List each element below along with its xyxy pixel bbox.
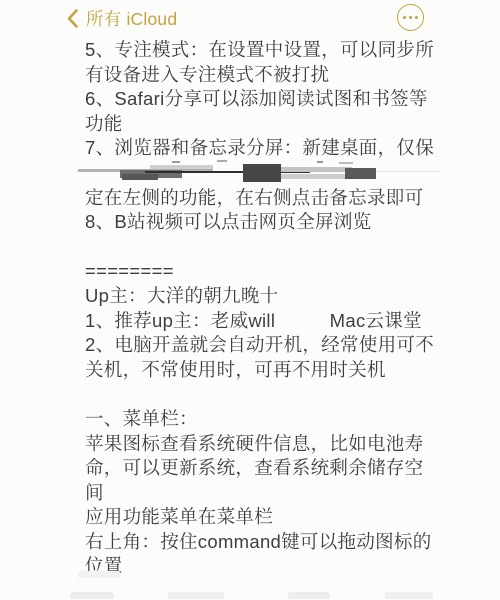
note-line: 关机，不常使用时，可再不用时关机: [85, 358, 500, 383]
note-line: 有设备进入专注模式不被打扰: [85, 63, 500, 88]
blank-line: [85, 235, 500, 260]
note-line: 7、浏览器和备忘录分屏：新建桌面，仅保: [85, 136, 500, 161]
inline-image-strip[interactable]: [77, 161, 457, 186]
chevron-left-icon: [66, 8, 79, 29]
note-line: ========: [85, 259, 500, 284]
note-line: Up主：大洋的朝九晚十: [85, 284, 500, 309]
blank-line: [85, 382, 500, 407]
note-line: 定在左侧的功能，在右侧点击备忘录即可: [85, 186, 500, 211]
note-line: 6、Safari分享可以添加阅读试图和书签等: [85, 87, 500, 112]
note-body[interactable]: 5、专注模式：在设置中设置，可以同步所有设备进入专注模式不被打扰6、Safari…: [85, 38, 500, 579]
note-line: 右上角：按住command键可以拖动图标的: [85, 530, 500, 555]
note-line: 位置: [85, 554, 500, 579]
note-line: 命，可以更新系统，查看系统剩余储存空: [85, 456, 500, 481]
note-line: 一、菜单栏：: [85, 407, 500, 432]
note-line: 苹果图标查看系统硬件信息，比如电池寿: [85, 432, 500, 457]
note-line: 5、专注模式：在设置中设置，可以同步所: [85, 38, 500, 63]
nav-header: 所有 iCloud: [0, 0, 500, 36]
ellipsis-icon: [403, 16, 418, 19]
note-line: 功能: [85, 112, 500, 137]
back-label: 所有 iCloud: [86, 6, 177, 31]
note-line: 8、B站视频可以点击网页全屏浏览: [85, 210, 500, 235]
note-line: 2、电脑开盖就会自动开机，经常使用可不: [85, 333, 500, 358]
more-options-button[interactable]: [397, 4, 424, 31]
note-line: 1、推荐up主：老威will Mac云课堂: [85, 309, 500, 334]
note-line: 应用功能菜单在菜单栏: [85, 505, 500, 530]
note-line: 间: [85, 481, 500, 506]
back-button[interactable]: 所有 iCloud: [66, 6, 177, 31]
